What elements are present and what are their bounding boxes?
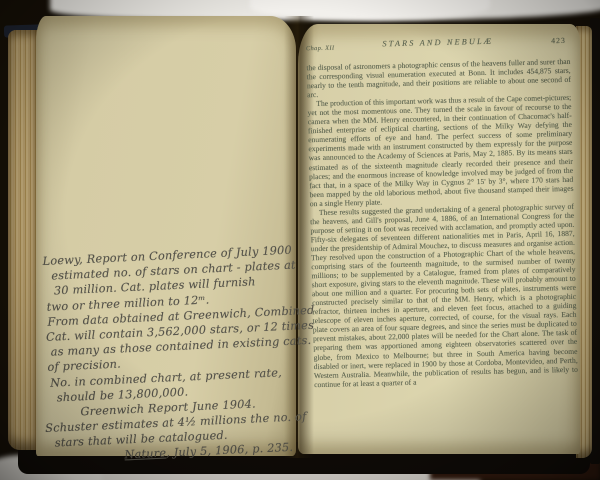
paragraph: These results suggested the grand undert… (310, 202, 578, 389)
body-text: the disposal of astronomers a photograph… (306, 57, 578, 389)
paragraph: The production of this important work wa… (307, 93, 574, 208)
citation-source: Nature (124, 447, 166, 462)
book-photograph: Loewy, Report on Conference of July 1900… (0, 0, 600, 480)
printed-text: Chap. XII STARS AND NEBULÆ 423 the dispo… (306, 35, 578, 389)
page-edges-left (8, 30, 38, 450)
open-book: Loewy, Report on Conference of July 1900… (4, 8, 598, 470)
handwritten-notes: Loewy, Report on Conference of July 1900… (37, 242, 314, 467)
page-number: 423 (551, 36, 566, 45)
